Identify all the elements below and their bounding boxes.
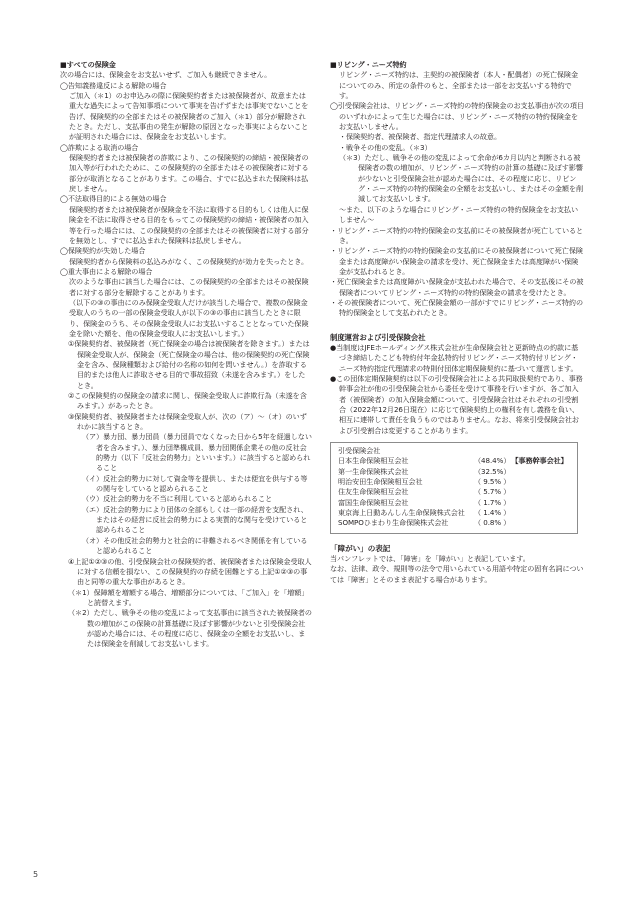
footnote: （＊1）保障額を増額する場合、増額部分については、「ご加入」を「増額」と読替えま… xyxy=(60,588,312,609)
insurer-row: 日本生命保険相互会社 （48.4%） 【事務幹事会社】 xyxy=(338,456,571,466)
section-title-living-needs: ■リビング・ニーズ特約 xyxy=(330,60,584,70)
sub-reason-item: （イ）反社会的勢力に対して資金等を提供し、または便宜を供与する等の関与をしている… xyxy=(60,474,312,495)
subsection-heading: ◯保険契約が失効した場合 xyxy=(60,246,312,256)
insurer-row: 明治安田生命保険相互会社 （ 9.5% ） xyxy=(338,477,571,487)
insurer-share: （ 1.4% ） xyxy=(474,508,510,518)
insurer-share: （ 1.7% ） xyxy=(474,498,510,508)
insurer-share: （ 0.8% ） xyxy=(474,518,510,528)
section-title-all-benefits: ■すべての保険金 xyxy=(60,60,312,70)
sub-reason-item: （ウ）反社会的勢力を不当に利用していると認められること xyxy=(60,494,312,504)
exclusion-item: ・保険契約者、被保険者、指定代理請求人の故意。 xyxy=(330,132,584,142)
page-number: 5 xyxy=(33,870,38,879)
reason-item: ④上記①②③の他、引受保険会社の保険契約者、被保険者または保険金受取人に対する信… xyxy=(60,557,312,588)
operation-title: 制度運営および引受保険会社 xyxy=(330,333,584,343)
notation-line: 当パンフレットでは、「障害」を「障がい」と表記しています。 xyxy=(330,554,584,564)
insurer-name: 住友生命保険相互会社 xyxy=(338,487,474,497)
insurer-share: （32.5%） xyxy=(474,467,510,477)
insurer-name: 富国生命保険相互会社 xyxy=(338,498,474,508)
subsection-body: ご加入（＊1）のお申込みの際に保険契約者または被保険者が、故意または重大な過失に… xyxy=(60,91,312,143)
notation-title: 「障がい」の表記 xyxy=(330,544,584,554)
subsection-heading: ◯重大事由による解除の場合 xyxy=(60,267,312,277)
insurer-name: SOMPOひまわり生命保険株式会社 xyxy=(338,518,474,528)
left-column: ■すべての保険金 次の場合には、保険金をお支払いせず、ご加入も継続できません。 … xyxy=(60,60,312,650)
insurer-share: （48.4%） xyxy=(474,456,510,466)
operation-bullet: ●この団体定期保険契約は以下の引受保険会社による共同取扱契約であり、事務幹事会社… xyxy=(330,374,584,436)
sub-reason-item: （エ）反社会的勢力により団体の全部もしくは一部の経営を支配され、またはその経営に… xyxy=(60,505,312,536)
insurer-row: 住友生命保険相互会社 （ 5.7% ） xyxy=(338,487,571,497)
insurer-row: 東京海上日動あんしん生命保険株式会社 （ 1.4% ） xyxy=(338,508,571,518)
footnote: （＊3）ただし、戦争その他の変乱によって余命が6カ月以内と判断される被保険者の数… xyxy=(330,153,584,205)
subsection-body: 次のような事由に該当した場合には、この保険契約の全部またはその被保険者に対する部… xyxy=(60,277,312,298)
operation-bullet: ●当制度はJFEホールディングス株式会社が生命保険会社と更新時点の約款に基づき締… xyxy=(330,343,584,374)
insurer-name: 明治安田生命保険相互会社 xyxy=(338,477,474,487)
insurer-share: （ 5.7% ） xyxy=(474,487,510,497)
insurer-table-header: 引受保険会社 xyxy=(338,446,571,456)
insurer-row: 富国生命保険相互会社 （ 1.7% ） xyxy=(338,498,571,508)
insurer-row: SOMPOひまわり生命保険株式会社 （ 0.8% ） xyxy=(338,518,571,528)
reason-item: ①保険契約者、被保険者（死亡保険金の場合は被保険者を除きます。）または保険金受取… xyxy=(60,339,312,391)
also-item: ・その被保険者について、死亡保険金額の一部がすでにリビング・ニーズ特約の特約保険… xyxy=(330,298,584,319)
insurer-name: 東京海上日動あんしん生命保険株式会社 xyxy=(338,508,474,518)
subsection-heading: ◯不法取得目的による無効の場合 xyxy=(60,194,312,204)
subsection-body: 保険契約者から保険料の払込みがなく、この保険契約が効力を失ったとき。 xyxy=(60,257,312,267)
subsection-body: 保険契約者または被保険者が保険金を不法に取得する目的もしくは他人に保険金を不法に… xyxy=(60,205,312,246)
insurer-name: 第一生命保険株式会社 xyxy=(338,467,474,477)
subsection-body: 保険契約者または被保険者の詐欺により、この保険契約の締結・被保険者の加入等が行わ… xyxy=(60,153,312,194)
insurer-row: 第一生命保険株式会社 （32.5%） xyxy=(338,467,571,477)
lead-insurer-badge: 【事務幹事会社】 xyxy=(511,456,567,466)
sub-reason-item: （ア）暴力団、暴力団員（暴力団員でなくなった日から5年を経過しない者を含みます。… xyxy=(60,432,312,473)
reason-item: ②この保険契約の保険金の請求に関し、保険金受取人に詐欺行為（未遂を含みます。）が… xyxy=(60,391,312,412)
right-column: ■リビング・ニーズ特約 リビング・ニーズ特約は、主契約の被保険者（本人・配偶者）… xyxy=(330,60,584,585)
insurer-table: 引受保険会社 日本生命保険相互会社 （48.4%） 【事務幹事会社】 第一生命保… xyxy=(330,442,578,534)
also-heading: ～また、以下のような場合にリビング・ニーズ特約の特約保険金をお支払いしません～ xyxy=(330,205,584,226)
subsection-heading: ◯告知義務違反による解除の場合 xyxy=(60,81,312,91)
exclusion-item: ・戦争その他の変乱。（＊3） xyxy=(330,143,584,153)
section-intro: 次の場合には、保険金をお支払いせず、ご加入も継続できません。 xyxy=(60,70,312,80)
also-item: ・リビング・ニーズ特約の特約保険金の支払前にその被保険者が死亡しているとき。 xyxy=(330,226,584,247)
also-item: ・リビング・ニーズ特約の特約保険金の支払前にその被保険者について死亡保険金または… xyxy=(330,246,584,277)
sub-reason-item: （オ）その他反社会的勢力と社会的に非難されるべき関係を有していると認められること xyxy=(60,536,312,557)
reason-item: ③保険契約者、被保険者または保険金受取人が、次の（ア）～（オ）のいずれかに該当す… xyxy=(60,412,312,433)
subsection-heading: ◯詐欺による取消の場合 xyxy=(60,143,312,153)
insurer-name: 日本生命保険相互会社 xyxy=(338,456,474,466)
section-intro: リビング・ニーズ特約は、主契約の被保険者（本人・配偶者）の死亡保険金についてのみ… xyxy=(330,70,584,101)
insurer-share: （ 9.5% ） xyxy=(474,477,510,487)
exclusion-heading: ◯引受保険会社は、リビング・ニーズ特約の特約保険金のお支払事由が次の項目のいずれ… xyxy=(330,101,584,132)
also-item: ・死亡保険金または高度障がい保険金が支払われた場合で、その支払後にその被保険者に… xyxy=(330,277,584,298)
subsection-note: （以下の③の事由にのみ保険金受取人だけが該当した場合で、複数の保険金受取人のうち… xyxy=(60,298,312,339)
footnote: （＊2）ただし、戦争その他の変乱によって支払事由に該当された被保険者の数の増加が… xyxy=(60,608,312,649)
notation-line: なお、法律、政令、規則等の法令で用いられている用語や特定の固有名詞については「障… xyxy=(330,564,584,585)
